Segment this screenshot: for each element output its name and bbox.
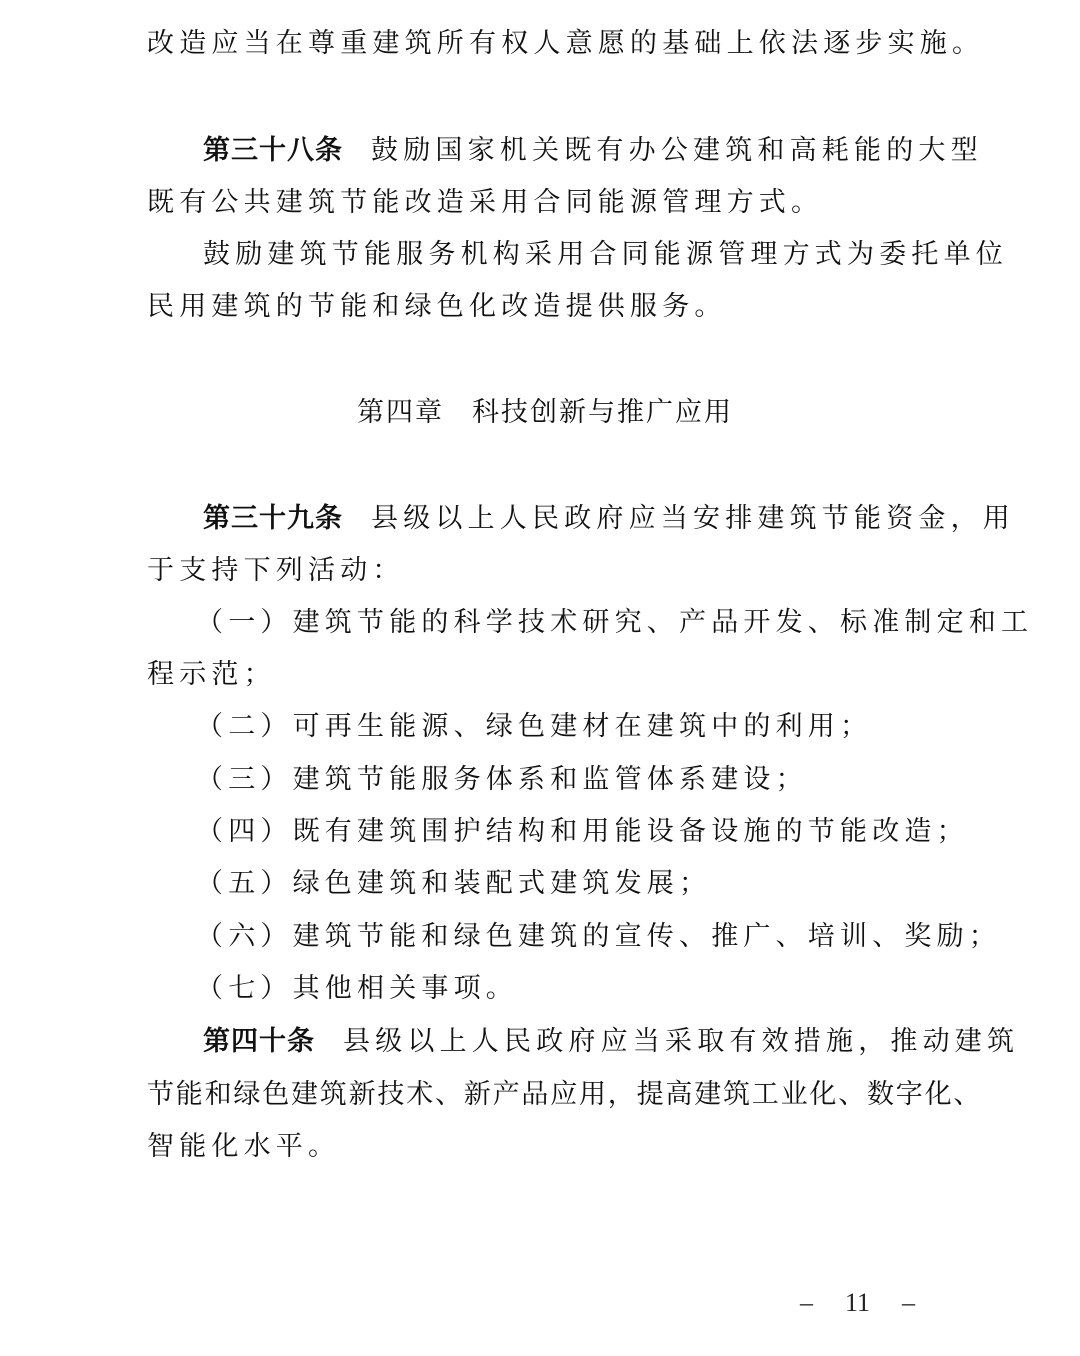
list-item-7: （七）其他相关事项。: [196, 972, 996, 1006]
article-40-line-2: 节能和绿色建筑新技术、新产品应用，提高建筑工业化、数字化、: [147, 1078, 947, 1112]
continuation-text: 改造应当在尊重建筑所有权人意愿的基础上依法逐步实施。: [147, 27, 947, 61]
list-item-3: （三）建筑节能服务体系和监管体系建设；: [196, 763, 996, 797]
dash-left: –: [800, 1286, 813, 1320]
list-item-6: （六）建筑节能和绿色建筑的宣传、推广、培训、奖励；: [196, 920, 996, 954]
list-item-1-line-1: （一）建筑节能的科学技术研究、产品开发、标准制定和工: [196, 606, 996, 640]
article-40-line-1: 第四十条县级以上人民政府应当采取有效措施，推动建筑: [203, 1025, 1003, 1059]
list-item-5: （五）绿色建筑和装配式建筑发展；: [196, 867, 996, 901]
article-38-para2-line-2: 民用建筑的节能和绿色化改造提供服务。: [147, 290, 947, 324]
article-38-line-1: 第三十八条鼓励国家机关既有办公建筑和高耗能的大型: [203, 134, 1003, 168]
article-38-label: 第三十八条: [203, 135, 343, 166]
page-footer: – 11 –: [800, 1286, 915, 1320]
list-item-2: （二）可再生能源、绿色建材在建筑中的利用；: [196, 710, 996, 744]
article-38-para2-line-1: 鼓励建筑节能服务机构采用合同能源管理方式为委托单位: [203, 238, 1003, 272]
article-40-line-3: 智能化水平。: [147, 1130, 947, 1164]
list-item-4: （四）既有建筑围护结构和用能设备设施的节能改造；: [196, 815, 996, 849]
article-38-text: 鼓励国家机关既有办公建筑和高耗能的大型: [371, 135, 983, 166]
chapter-heading: 第四章科技创新与推广应用: [0, 396, 1080, 430]
article-39-line-2: 于支持下列活动：: [147, 554, 947, 588]
article-39-text: 县级以上人民政府应当安排建筑节能资金，用: [371, 503, 1015, 534]
article-40-label: 第四十条: [203, 1026, 315, 1057]
chapter-title: 科技创新与推广应用: [472, 397, 733, 428]
article-38-line-2: 既有公共建筑节能改造采用合同能源管理方式。: [147, 186, 947, 220]
chapter-number: 第四章: [357, 397, 444, 428]
article-40-text: 县级以上人民政府应当采取有效措施，推动建筑: [343, 1026, 1019, 1057]
page-number: 11: [845, 1286, 870, 1320]
dash-right: –: [902, 1286, 915, 1320]
list-item-1-line-2: 程示范；: [147, 658, 947, 692]
article-39-line-1: 第三十九条县级以上人民政府应当安排建筑节能资金，用: [203, 502, 1003, 536]
article-39-label: 第三十九条: [203, 503, 343, 534]
